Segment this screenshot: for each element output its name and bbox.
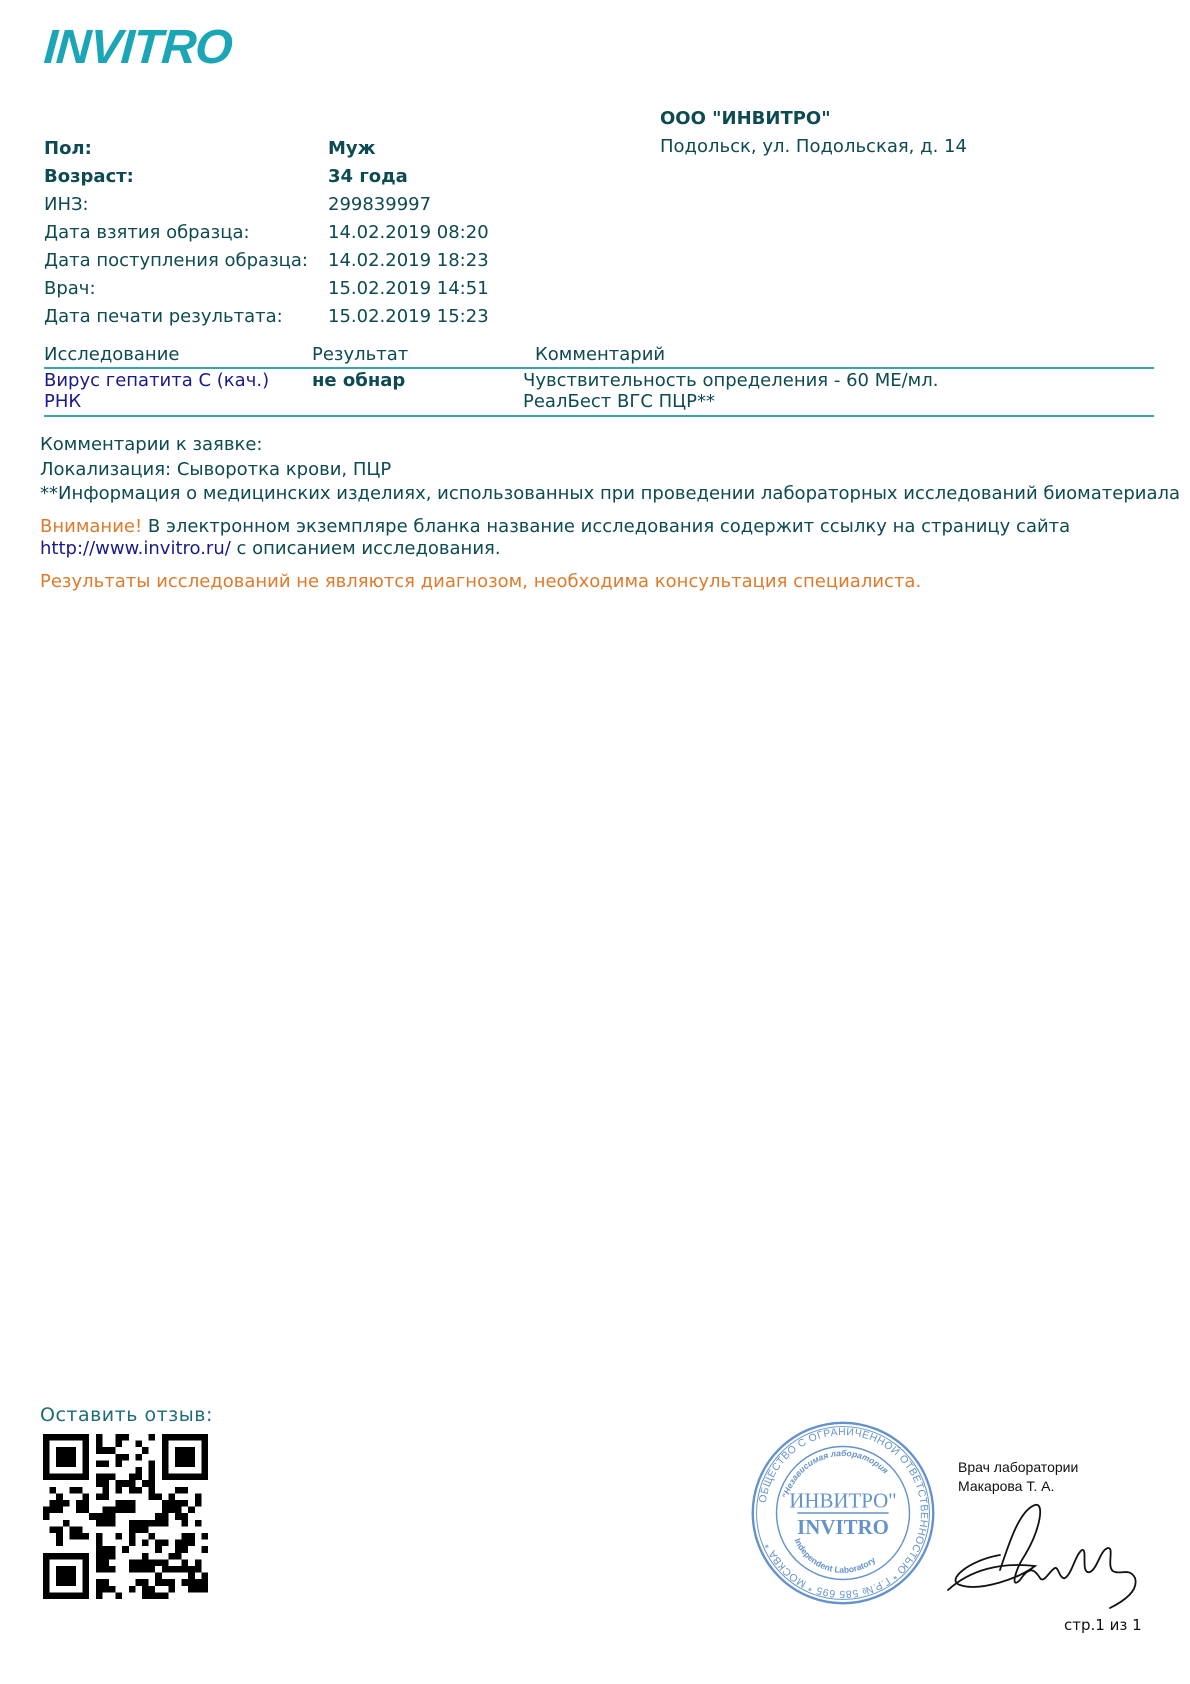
lab-stamp: ОБЩЕСТВО С ОГРАНИЧЕННОЙ ОТВЕТСТВЕННОСТЬЮ… bbox=[748, 1418, 938, 1608]
page-number: стр.1 из 1 bbox=[1064, 1616, 1142, 1634]
info-label: Возраст: bbox=[44, 163, 328, 191]
test-comment: Чувствительность определения - 60 МЕ/мл. bbox=[523, 371, 938, 391]
invitro-logo: INVITRO bbox=[42, 24, 233, 72]
stamp-inner-bottom: Independent Laboratory bbox=[793, 1537, 878, 1575]
info-row-doctor: Врач: 15.02.2019 14:51 bbox=[44, 275, 489, 303]
info-label: Дата взятия образца: bbox=[44, 219, 328, 247]
column-header-test: Исследование bbox=[44, 344, 179, 366]
info-label: Пол: bbox=[44, 135, 328, 163]
info-label: Дата поступления образца: bbox=[44, 247, 328, 275]
info-value: 15.02.2019 14:51 bbox=[328, 275, 489, 303]
info-value: 34 года bbox=[328, 163, 408, 191]
lab-doctor-name: Макарова Т. А. bbox=[958, 1477, 1078, 1496]
info-label: Дата печати результата: bbox=[44, 303, 328, 331]
disclaimer: Результаты исследований не являются диаг… bbox=[40, 571, 921, 592]
info-value: Муж bbox=[328, 135, 376, 163]
comments-localization: Локализация: Сыворотка крови, ПЦР bbox=[40, 458, 1180, 483]
warning-label: Внимание! bbox=[40, 516, 142, 537]
warning-text: В электронном экземпляре бланка название… bbox=[142, 516, 1070, 537]
info-row-age: Возраст: 34 года bbox=[44, 163, 489, 191]
svg-text:Independent Laboratory: Independent Laboratory bbox=[793, 1537, 878, 1575]
organization-address: Подольск, ул. Подольская, д. 14 bbox=[660, 136, 967, 157]
notice: Внимание! В электронном экземпляре бланк… bbox=[40, 516, 1070, 560]
info-value: 14.02.2019 08:20 bbox=[328, 219, 489, 247]
qr-code[interactable] bbox=[43, 1434, 208, 1599]
stamp-center-ru: ИНВИТРО" bbox=[789, 1488, 896, 1512]
info-label: Врач: bbox=[44, 275, 328, 303]
test-name-link-line2[interactable]: РНК bbox=[44, 392, 81, 412]
test-result: не обнар bbox=[312, 371, 405, 391]
table-bottom-divider bbox=[44, 415, 1154, 417]
info-label: ИНЗ: bbox=[44, 191, 328, 219]
patient-info: Пол: Муж Возраст: 34 года ИНЗ: 299839997… bbox=[44, 135, 489, 331]
column-header-result: Результат bbox=[312, 344, 408, 366]
info-row-sex: Пол: Муж bbox=[44, 135, 489, 163]
lab-doctor: Врач лаборатории Макарова Т. А. bbox=[958, 1458, 1078, 1496]
order-comments: Комментарии к заявке: Локализация: Сывор… bbox=[40, 433, 1180, 507]
test-name-link[interactable]: Вирус гепатита С (кач.) bbox=[44, 371, 269, 391]
comments-title: Комментарии к заявке: bbox=[40, 433, 1180, 458]
review-label: Оставить отзыв: bbox=[40, 1404, 213, 1426]
info-row-inz: ИНЗ: 299839997 bbox=[44, 191, 489, 219]
test-comment-line2: РеалБест ВГС ПЦР** bbox=[523, 392, 715, 412]
comments-footnote: **Информация о медицинских изделиях, исп… bbox=[40, 482, 1180, 507]
organization-name: ООО "ИНВИТРО" bbox=[660, 108, 831, 129]
table-divider bbox=[44, 367, 1154, 369]
stamp-center-en: INVITRO bbox=[797, 1515, 889, 1539]
info-row-receipt-date: Дата поступления образца: 14.02.2019 18:… bbox=[44, 247, 489, 275]
column-header-comment: Комментарий bbox=[535, 344, 665, 366]
website-link[interactable]: http://www.invitro.ru/ bbox=[40, 538, 231, 559]
info-value: 14.02.2019 18:23 bbox=[328, 247, 489, 275]
info-value: 299839997 bbox=[328, 191, 431, 219]
signature bbox=[940, 1500, 1140, 1610]
info-value: 15.02.2019 15:23 bbox=[328, 303, 489, 331]
info-row-print-date: Дата печати результата: 15.02.2019 15:23 bbox=[44, 303, 489, 331]
link-suffix: с описанием исследования. bbox=[231, 538, 501, 559]
lab-doctor-title: Врач лаборатории bbox=[958, 1458, 1078, 1477]
info-row-sample-date: Дата взятия образца: 14.02.2019 08:20 bbox=[44, 219, 489, 247]
